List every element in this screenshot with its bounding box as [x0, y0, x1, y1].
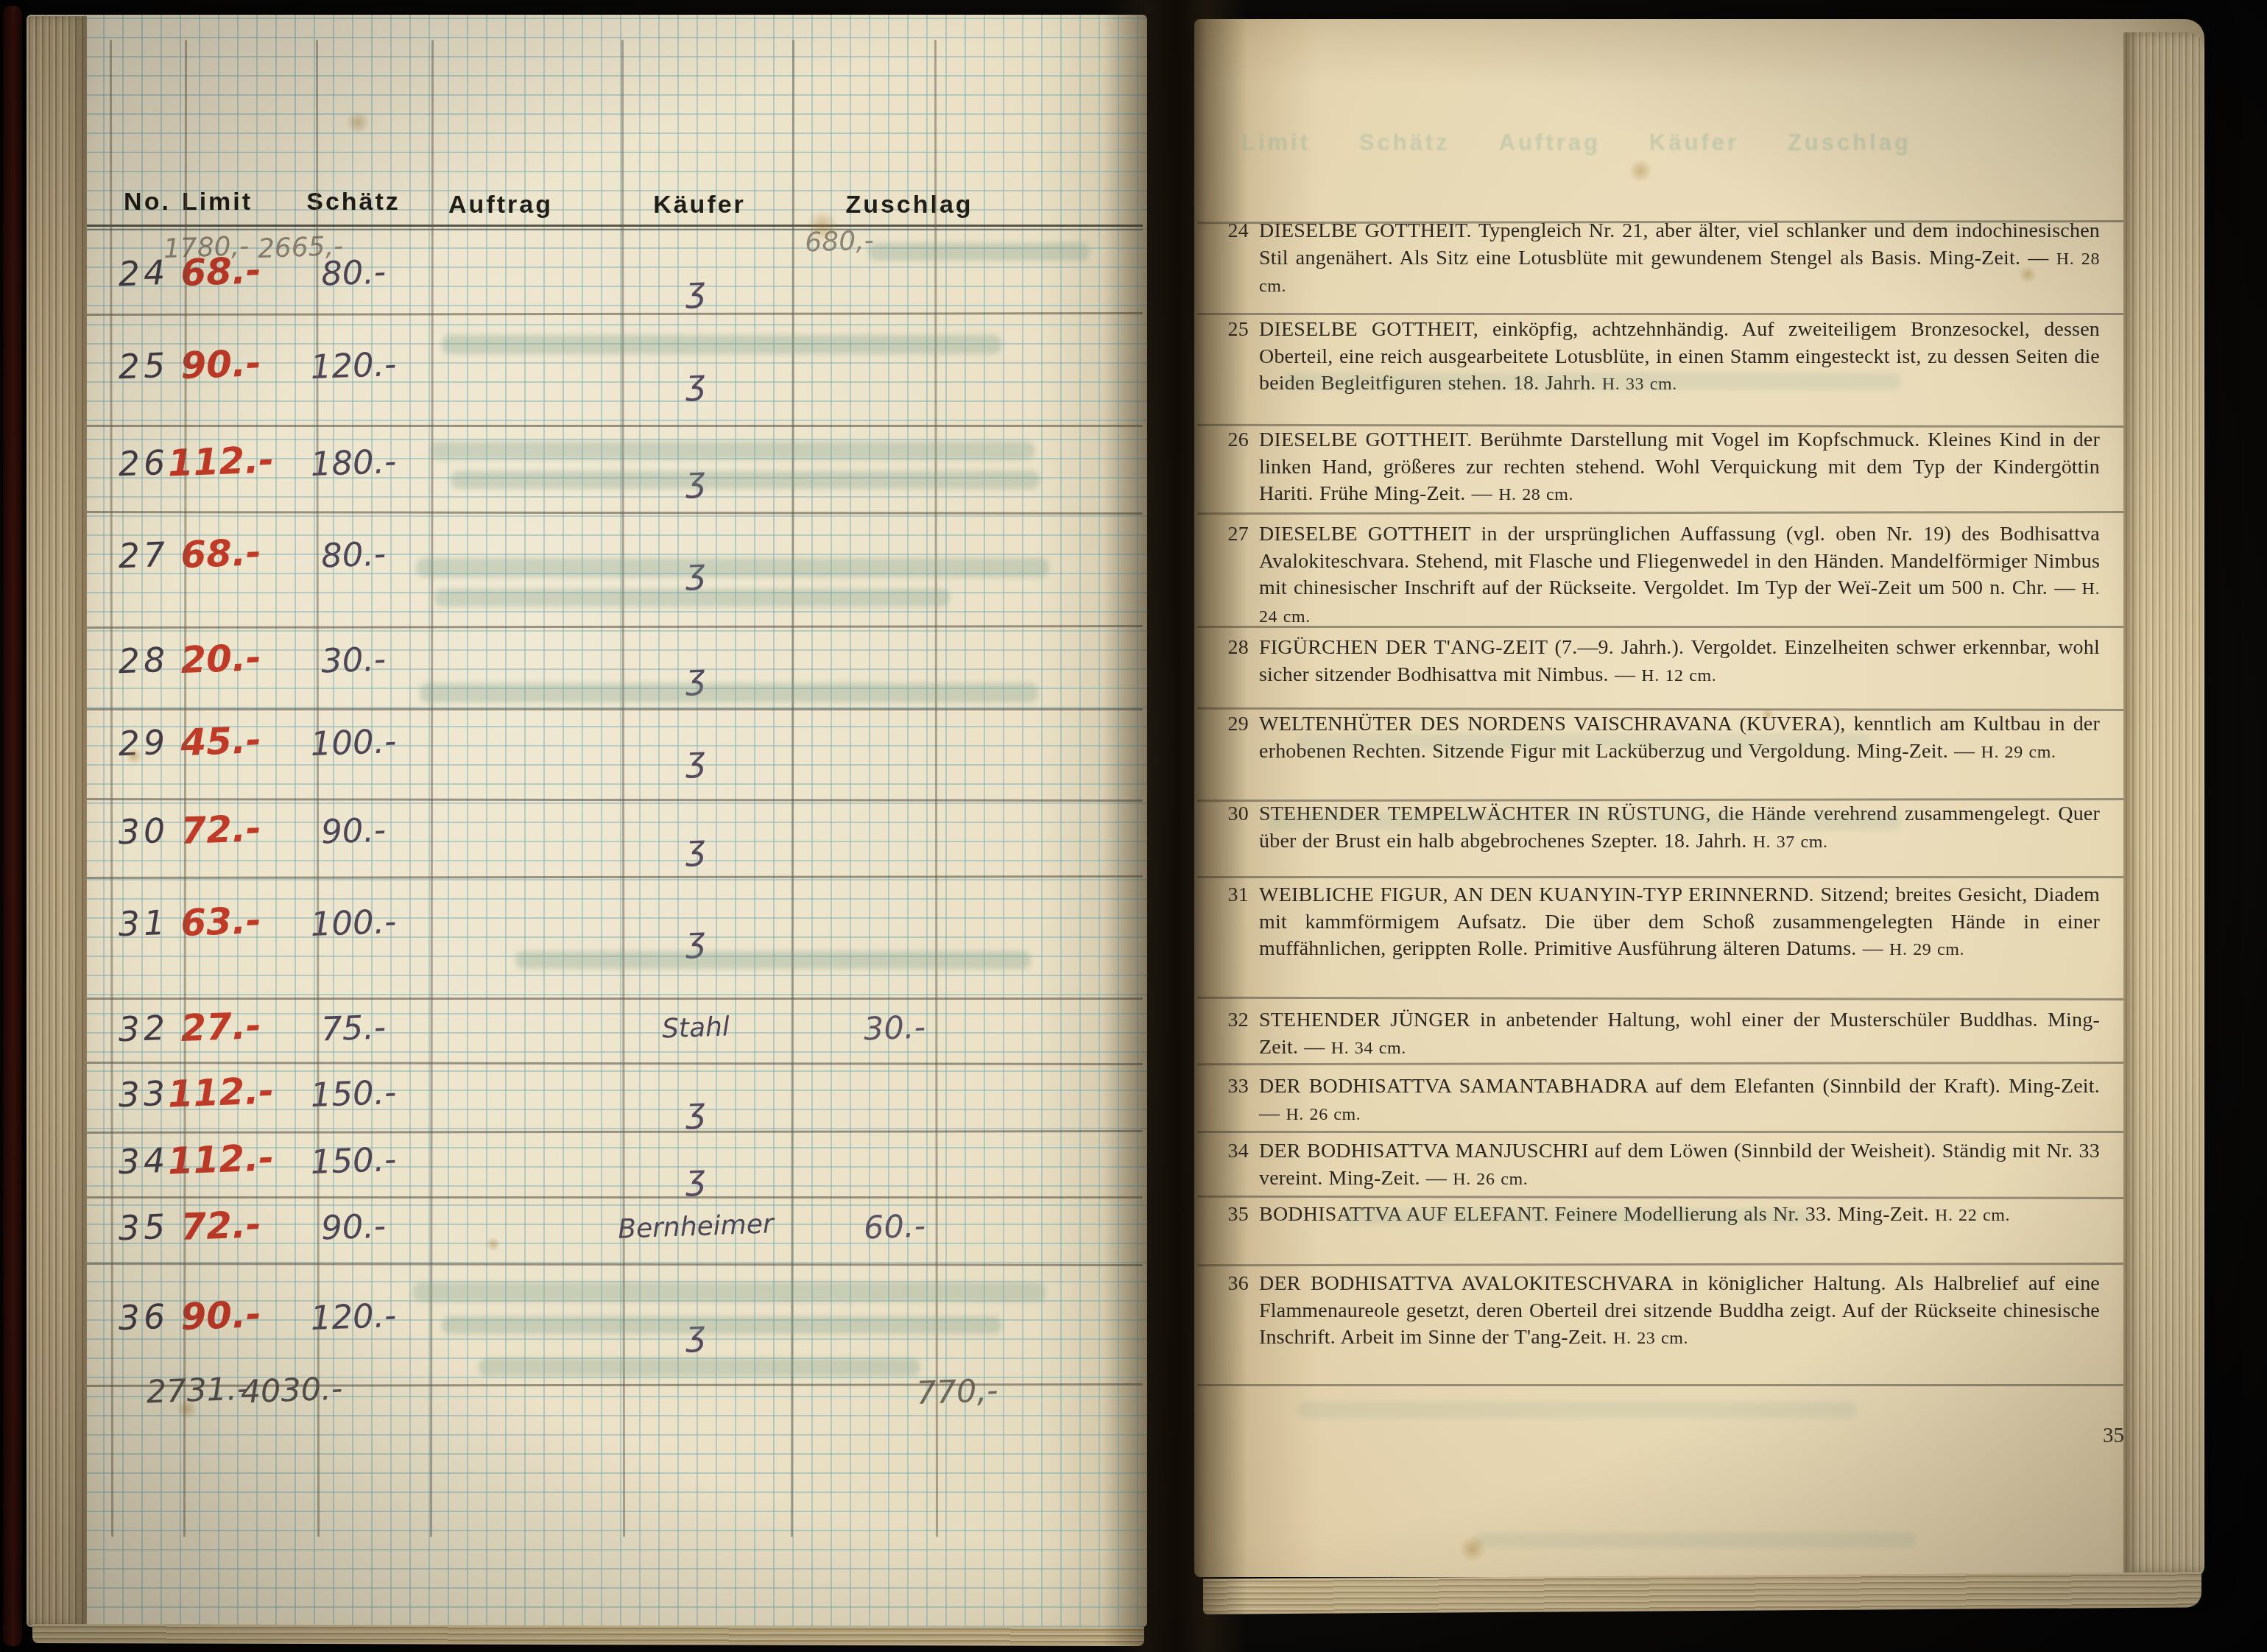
- ledger-schaetz-value: 150.-: [310, 1073, 397, 1115]
- bleedthrough-text-ghost: [431, 442, 1034, 459]
- ledger-limit-value: 27.-: [180, 1004, 261, 1050]
- ledger-schaetz-value: 120.-: [310, 345, 397, 386]
- ledger-zuschlag-value: 60.-: [863, 1208, 926, 1247]
- ledger-row-number: 36: [118, 1296, 169, 1338]
- lot-dimension: H. 37 cm.: [1753, 833, 1828, 852]
- total-schaetz: 4030.-: [240, 1371, 343, 1411]
- ledger-kaeufer-entry: Stahl: [661, 1012, 730, 1044]
- lot-dimension: H. 26 cm.: [1286, 1105, 1361, 1124]
- column-header-limit: Limit: [182, 188, 253, 216]
- header-rule: [82, 229, 1143, 230]
- bleedthrough-word: Käufer: [1649, 130, 1739, 156]
- ledger-kaeufer-entry: ʒ: [685, 362, 706, 403]
- lot-entry: 34DER BODHISATTVA MANJUSCHRI auf dem Löw…: [1213, 1138, 2100, 1193]
- row-divider-line: [82, 425, 1143, 427]
- paper-stain: [486, 1237, 501, 1252]
- bleedthrough-text-ghost: [1297, 733, 1872, 749]
- ledger-schaetz-value: 100.-: [310, 902, 397, 944]
- column-header-no: No.: [124, 188, 171, 216]
- row-divider-line: [1197, 997, 2201, 1000]
- ledger-schaetz-value: 120.-: [310, 1296, 397, 1338]
- lot-entry: 32STEHENDER JÜNGER in anbetender Haltung…: [1213, 1007, 2100, 1062]
- ledger-kaeufer-entry: ʒ: [685, 827, 706, 868]
- lot-number: 29: [1213, 711, 1249, 738]
- lot-description: WEIBLICHE FIGUR, AN DEN KUANYIN-TYP ERIN…: [1259, 883, 2100, 960]
- ledger-schaetz-value: 180.-: [310, 442, 397, 484]
- lot-dimension: H. 26 cm.: [1453, 1170, 1528, 1189]
- page-stack-edge-bottom-left: [32, 1624, 1144, 1646]
- row-divider-line: [1197, 1263, 2201, 1266]
- bleedthrough-text-ghost: [869, 243, 1090, 261]
- paper-stain: [806, 210, 839, 242]
- lot-description: DIESELBE GOTTHEIT. Berühmte Darstellung …: [1259, 428, 2100, 505]
- bleedthrough-text-ghost: [515, 951, 1031, 969]
- paper-stain: [2019, 266, 2037, 283]
- catalog-page: LimitSchätzAuftragKäuferZuschlag 24DIESE…: [1194, 19, 2204, 1577]
- column-header-kaeufer: Käufer: [653, 191, 746, 219]
- lot-entry: 36DER BODHISATTVA AVALOKITESCHVARA in kö…: [1213, 1271, 2100, 1352]
- lot-entry: 28FIGÜRCHEN DER T'ANG-ZEIT (7.—9. Jahrh.…: [1213, 635, 2100, 689]
- row-divider-line: [1197, 626, 2201, 628]
- bleedthrough-text-ghost: [451, 471, 1040, 489]
- ledger-kaeufer-entry: ʒ: [685, 739, 706, 780]
- ledger-row-number: 34: [118, 1140, 169, 1182]
- lot-number: 32: [1213, 1007, 1249, 1034]
- ledger-schaetz-value: 30.-: [320, 639, 387, 680]
- paper-stain: [346, 110, 370, 134]
- total-limit: 2731.-: [146, 1371, 249, 1411]
- row-divider-line: [1197, 1384, 2201, 1386]
- book-spread-scan: No. Limit Schätz Auftrag Käufer Zuschlag…: [0, 0, 2267, 1652]
- lot-dimension: H. 29 cm.: [1981, 743, 2056, 762]
- ledger-limit-value: 72.-: [180, 1203, 261, 1249]
- ledger-row-number: 24: [118, 253, 169, 294]
- lot-number: 30: [1213, 801, 1249, 828]
- column-header-schaetz: Schätz: [306, 188, 401, 216]
- lot-number: 33: [1213, 1073, 1249, 1101]
- ledger-limit-value: 90.-: [180, 342, 261, 387]
- lot-number: 31: [1213, 882, 1249, 909]
- page-stack-edge-bottom-right: [1203, 1572, 2201, 1614]
- bleedthrough-text-ghost: [416, 558, 1049, 577]
- book-cover-edge: [3, 6, 22, 1646]
- lot-entry: 31WEIBLICHE FIGUR, AN DEN KUANYIN-TYP ER…: [1213, 882, 2100, 964]
- lot-dimension: H. 34 cm.: [1331, 1039, 1406, 1058]
- lot-number: 25: [1213, 317, 1249, 344]
- ledger-schaetz-value: 90.-: [320, 1206, 387, 1247]
- total-zuschlag: 770,-: [916, 1372, 999, 1412]
- ledger-page: No. Limit Schätz Auftrag Käufer Zuschlag…: [27, 15, 1147, 1627]
- bleedthrough-column-headers: LimitSchätzAuftragKäuferZuschlag: [1241, 130, 1911, 156]
- ledger-row-number: 31: [118, 903, 169, 944]
- ledger-row-number: 26: [118, 442, 169, 484]
- column-header-zuschlag: Zuschlag: [845, 191, 973, 219]
- paper-stain: [1761, 707, 1774, 721]
- ledger-kaeufer-entry: Bernheimer: [618, 1209, 775, 1244]
- bleedthrough-text-ghost: [412, 1282, 1046, 1302]
- row-divider-line: [82, 1196, 1143, 1199]
- ledger-limit-value: 112.-: [167, 439, 275, 485]
- lot-dimension: H. 22 cm.: [1935, 1206, 2010, 1225]
- bleedthrough-text-ghost: [442, 335, 1001, 354]
- bleedthrough-text-ghost: [442, 1316, 1001, 1334]
- lot-description: DIESELBE GOTTHEIT. Typengleich Nr. 21, a…: [1259, 219, 2100, 269]
- ledger-row-number: 32: [118, 1008, 169, 1049]
- page-stack-edge-left: [27, 16, 87, 1625]
- lot-number: 28: [1213, 635, 1249, 662]
- paper-stain: [1459, 1536, 1486, 1562]
- lot-dimension: H. 28 cm.: [1498, 485, 1573, 504]
- ledger-schaetz-value: 100.-: [310, 721, 397, 763]
- paper-stain: [1629, 159, 1652, 183]
- lot-number: 27: [1213, 521, 1249, 548]
- lot-dimension: H. 23 cm.: [1613, 1329, 1688, 1348]
- lot-number: 34: [1213, 1138, 1249, 1165]
- page-number: 35: [2103, 1424, 2124, 1448]
- ledger-limit-value: 68.-: [180, 531, 261, 576]
- bleedthrough-word: Limit: [1241, 130, 1311, 156]
- row-divider-line: [1197, 511, 2201, 515]
- lot-entry: 26DIESELBE GOTTHEIT. Berühmte Darstellun…: [1213, 427, 2100, 509]
- row-divider-line: [82, 998, 1143, 1000]
- ledger-schaetz-value: 150.-: [310, 1140, 397, 1182]
- bleedthrough-text-ghost: [1283, 373, 1901, 390]
- ledger-schaetz-value: 90.-: [320, 810, 387, 851]
- ledger-schaetz-value: 75.-: [320, 1007, 387, 1048]
- paper-stain: [125, 747, 143, 765]
- ledger-limit-value: 20.-: [180, 636, 261, 682]
- ledger-limit-value: 90.-: [180, 1293, 261, 1338]
- ledger-limit-value: 63.-: [180, 899, 261, 945]
- ledger-limit-value: 72.-: [180, 807, 261, 853]
- lot-description: DER BODHISATTVA MANJUSCHRI auf dem Löwen…: [1259, 1140, 2100, 1190]
- ledger-row-number: 30: [118, 811, 169, 852]
- lot-description: DER BODHISATTVA SAMANTABHADRA auf dem El…: [1259, 1075, 2100, 1125]
- ledger-row-number: 25: [118, 345, 169, 386]
- ledger-row-number: 33: [118, 1073, 169, 1115]
- row-divider-line: [82, 708, 1143, 710]
- ledger-row-number: 35: [118, 1207, 169, 1248]
- lot-entry: 27DIESELBE GOTTHEIT in der ursprüngliche…: [1213, 521, 2100, 630]
- bleedthrough-text-ghost: [1474, 1533, 1916, 1547]
- ledger-limit-value: 68.-: [180, 249, 261, 294]
- paper-stain: [177, 1399, 197, 1419]
- lot-dimension: H. 12 cm.: [1641, 666, 1716, 685]
- lot-entry: 33DER BODHISATTVA SAMANTABHADRA auf dem …: [1213, 1073, 2100, 1128]
- ledger-row-number: 28: [118, 640, 169, 681]
- lot-dimension: H. 29 cm.: [1889, 940, 1964, 959]
- row-divider-line: [1197, 1196, 2201, 1199]
- lot-description: DIESELBE GOTTHEIT in der ursprünglichen …: [1259, 523, 2100, 599]
- ledger-schaetz-value: 80.-: [320, 252, 387, 293]
- ledger-limit-value: 45.-: [180, 719, 261, 764]
- lot-entry: 24DIESELBE GOTTHEIT. Typengleich Nr. 21,…: [1213, 218, 2100, 300]
- page-stack-edge-right: [2123, 32, 2204, 1572]
- row-divider-line: [1197, 1131, 2201, 1133]
- ledger-schaetz-value: 80.-: [320, 534, 387, 575]
- bleedthrough-text-ghost: [1297, 1402, 1857, 1418]
- ledger-zuschlag-value: 30.-: [863, 1009, 926, 1048]
- bleedthrough-word: Zuschlag: [1788, 130, 1911, 156]
- bleedthrough-text-ghost: [1268, 813, 1901, 830]
- bleedthrough-text-ghost: [1341, 1209, 1813, 1225]
- row-divider-line: [1197, 1062, 2201, 1065]
- row-divider-line: [1197, 313, 2201, 315]
- bleedthrough-text-ghost: [479, 1358, 920, 1376]
- lot-number: 26: [1213, 427, 1249, 454]
- row-divider-line: [1197, 876, 2201, 878]
- ledger-row-number: 27: [118, 534, 169, 576]
- bleedthrough-word: Schätz: [1359, 130, 1450, 156]
- ledger-kaeufer-entry: ʒ: [685, 1157, 706, 1198]
- lot-number: 35: [1213, 1201, 1249, 1229]
- header-rule: [82, 225, 1143, 227]
- column-header-auftrag: Auftrag: [448, 191, 553, 219]
- bleedthrough-text-ghost: [420, 683, 1038, 702]
- bleedthrough-word: Auftrag: [1499, 130, 1601, 156]
- ledger-kaeufer-entry: ʒ: [685, 1090, 706, 1131]
- bleedthrough-text-ghost: [434, 589, 950, 607]
- lot-number: 36: [1213, 1271, 1249, 1298]
- ledger-kaeufer-entry: ʒ: [685, 269, 706, 310]
